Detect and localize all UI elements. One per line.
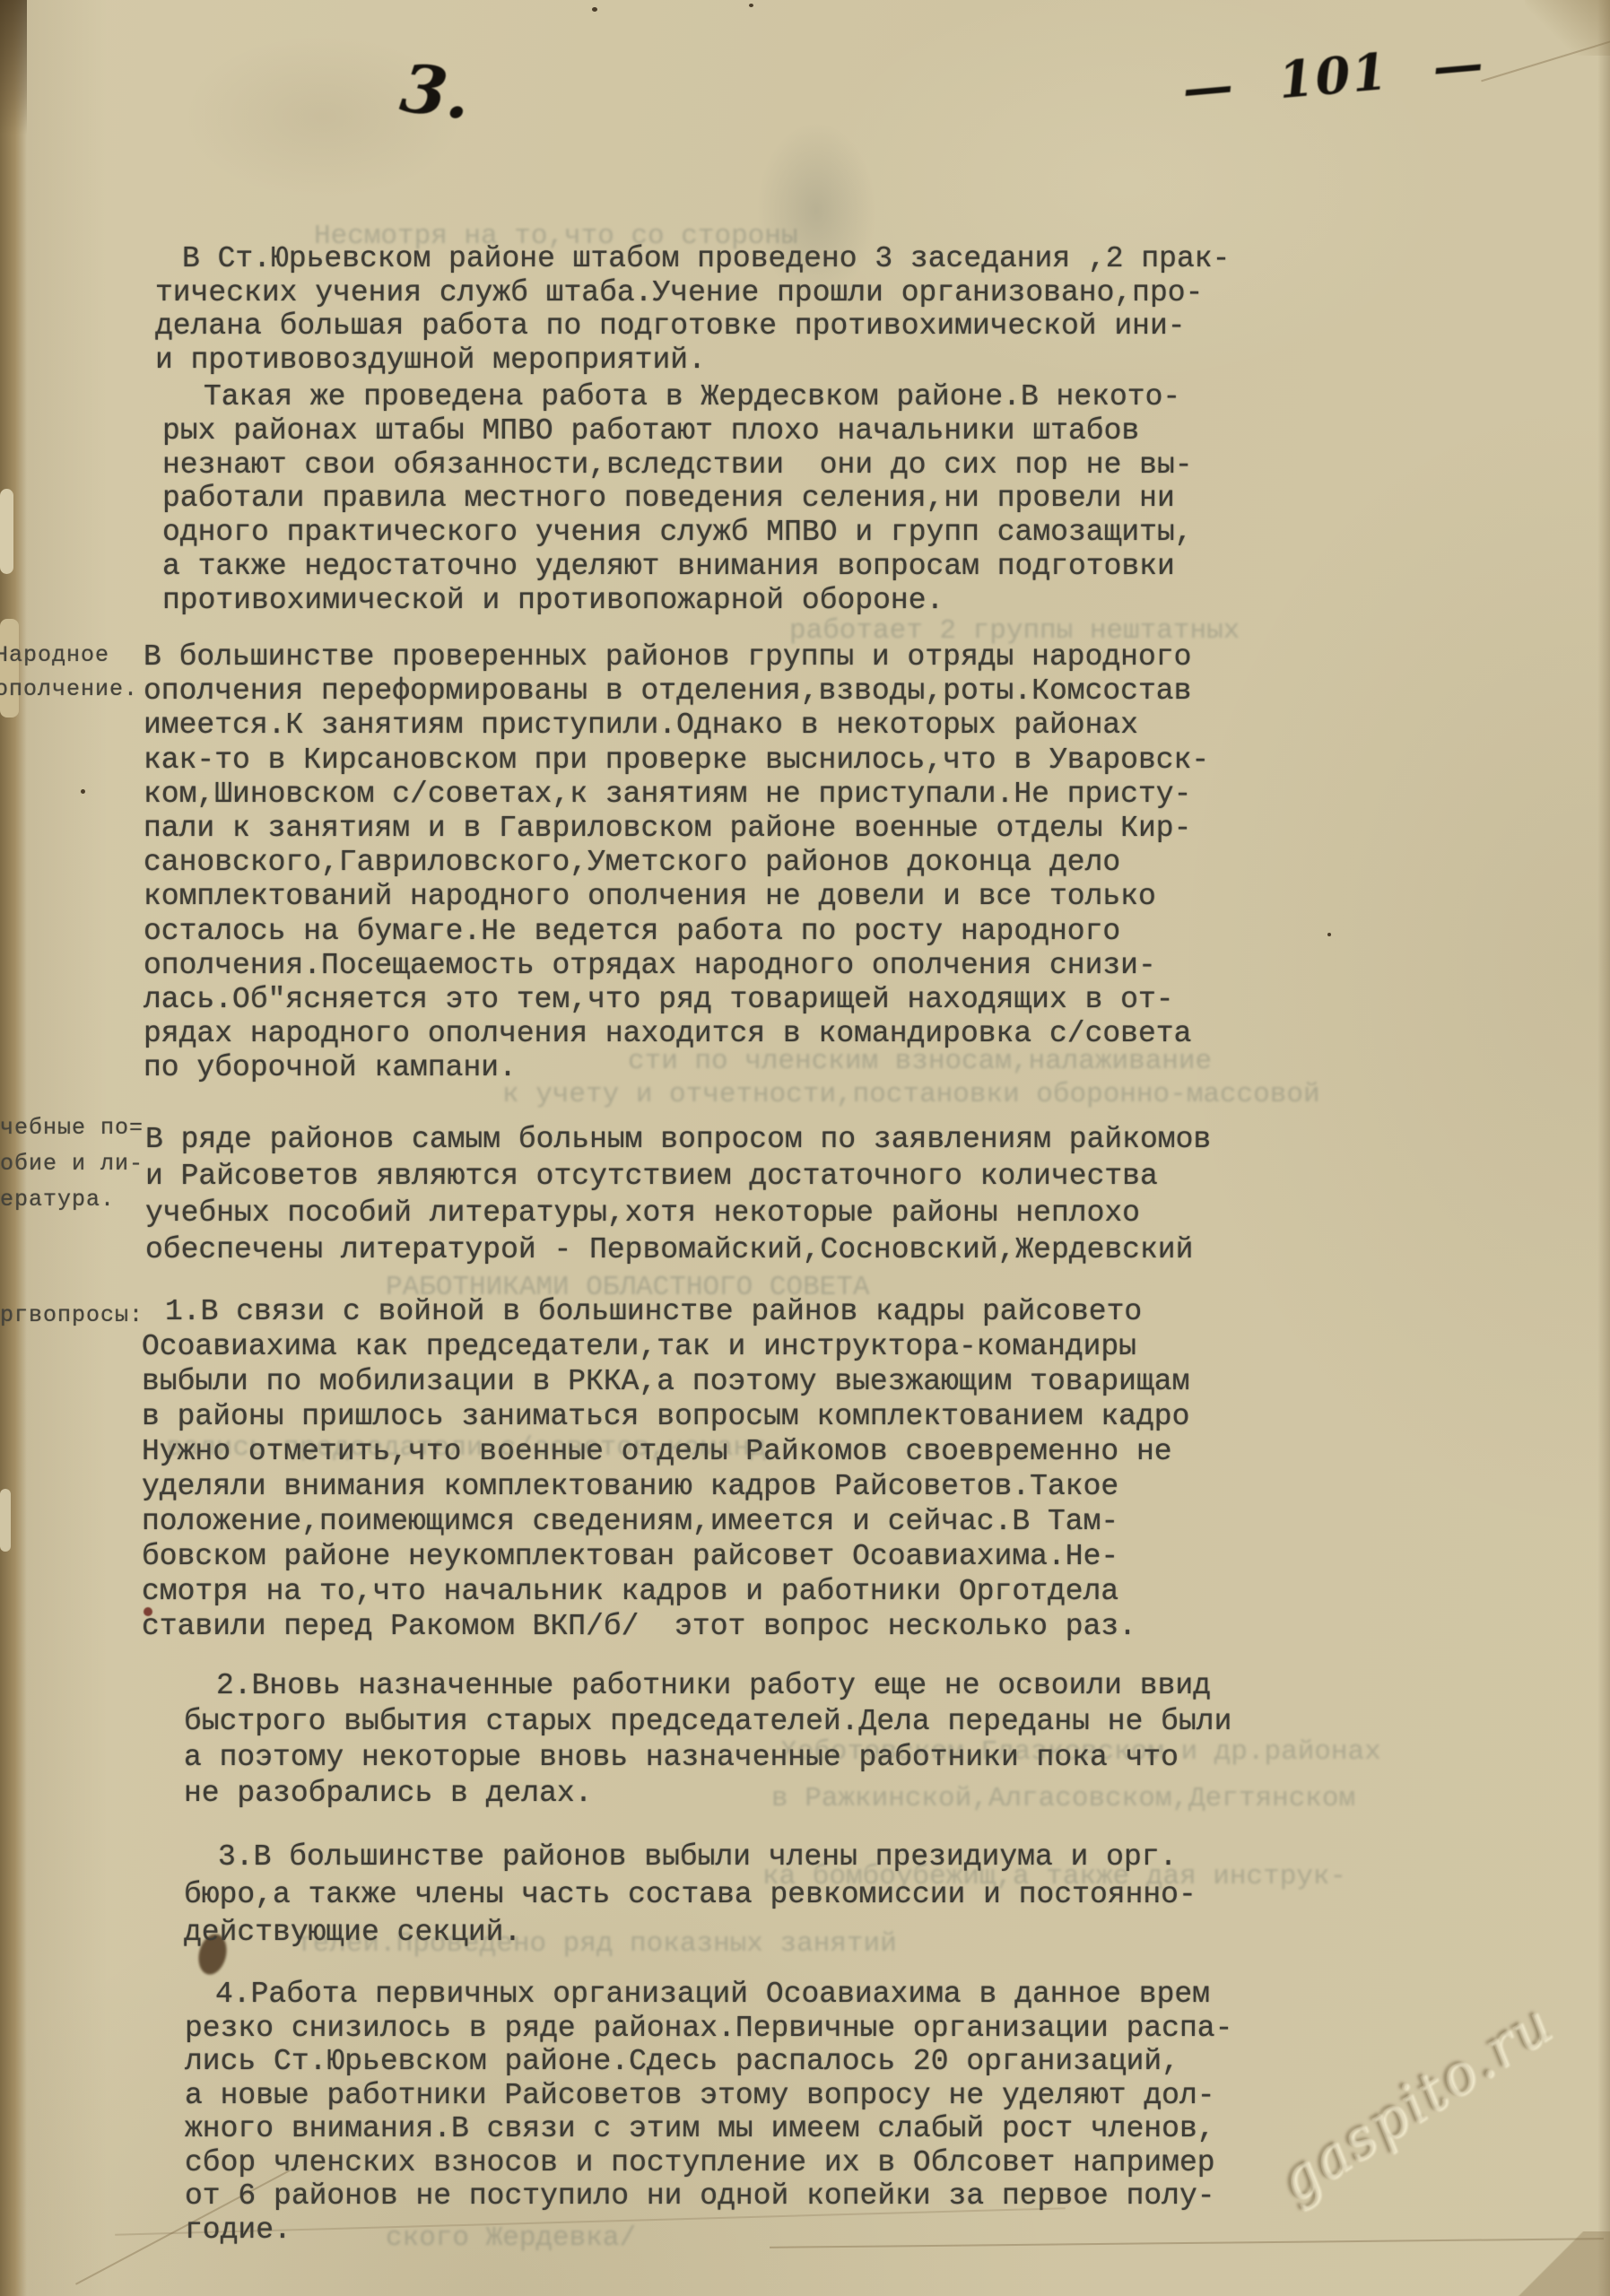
handwritten-folio-number: — 101 — (1180, 33, 1487, 118)
handwritten-page-number: 3. (396, 50, 474, 135)
annotations-layer: 3. — 101 — gaspito.ru (0, 0, 1610, 2296)
scanned-document-page: Несмотря на то,что со стороны работает 2… (0, 0, 1610, 2296)
archive-watermark: gaspito.ru (1266, 1989, 1564, 2214)
